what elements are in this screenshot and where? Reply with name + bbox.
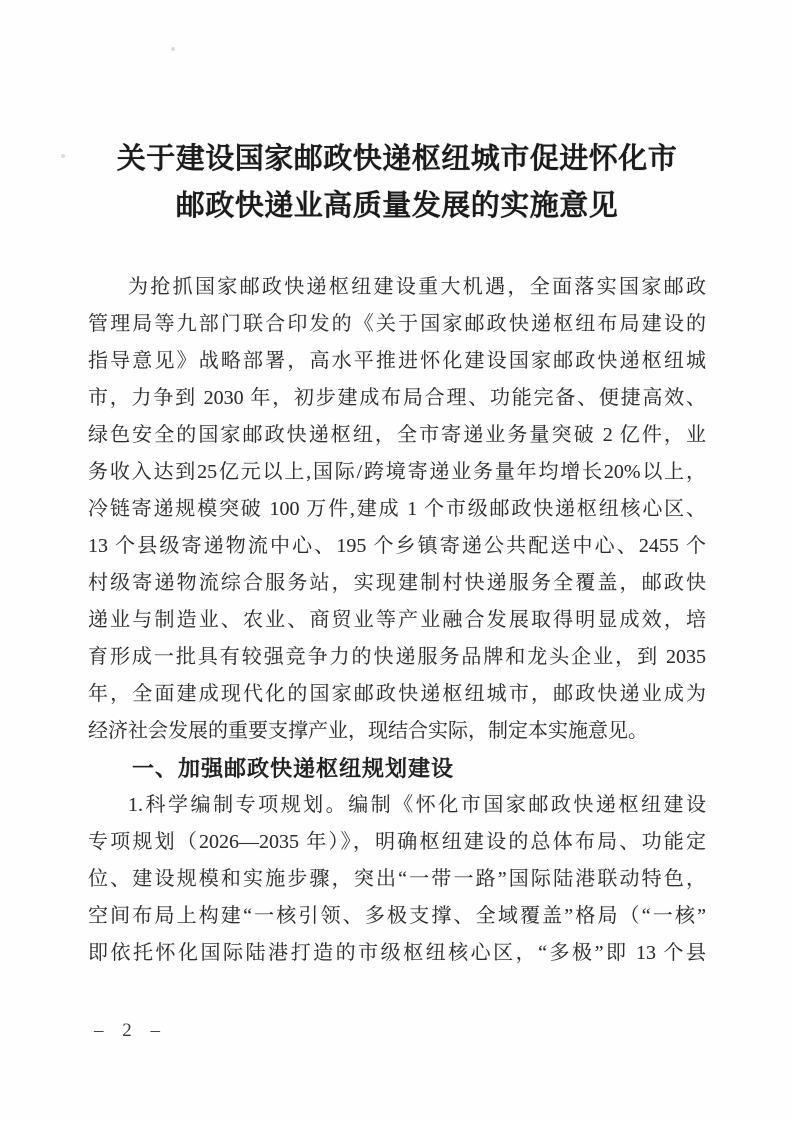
paragraph-line: 指导意见》战略部署，高水平推进怀化建设国家邮政快递枢纽城 (88, 343, 706, 380)
title-line-1: 关于建设国家邮政快递枢纽城市促进怀化市 (88, 136, 706, 183)
paragraph-line: 递业与制造业、农业、商贸业等产业融合发展取得明显成效，培 (88, 602, 706, 639)
document-body: 为抢抓国家邮政快递枢纽建设重大机遇，全面落实国家邮政 管理局等九部门联合印发的《… (88, 269, 706, 972)
paragraph-line: 市，力争到 2030 年，初步建成布局合理、功能完备、便捷高效、 (88, 380, 706, 417)
paragraph-line: 为抢抓国家邮政快递枢纽建设重大机遇，全面落实国家邮政 (88, 269, 706, 306)
scan-speck (61, 154, 65, 158)
scan-speck (171, 47, 175, 51)
paragraph-line: 冷链寄递规模突破 100 万件,建成 1 个市级邮政快递枢纽核心区、 (88, 491, 706, 528)
paragraph-line: 育形成一批具有较强竞争力的快递服务品牌和龙头企业，到 2035 (88, 639, 706, 676)
paragraph-line: 1.科学编制专项规划。编制《怀化市国家邮政快递枢纽建设 (88, 787, 706, 824)
paragraph-line: 绿色安全的国家邮政快递枢纽，全市寄递业务量突破 2 亿件，业 (88, 417, 706, 454)
paragraph-line: 年，全面建成现代化的国家邮政快递枢纽城市，邮政快递业成为 (88, 676, 706, 713)
paragraph-line: 务收入达到25亿元以上,国际/跨境寄递业务量年均增长20%以上， (88, 454, 706, 491)
document-title: 关于建设国家邮政快递枢纽城市促进怀化市 邮政快递业高质量发展的实施意见 (88, 136, 706, 230)
paragraph-line: 即依托怀化国际陆港打造的市级枢纽核心区，“多极”即 13 个县 (88, 935, 706, 972)
title-line-2: 邮政快递业高质量发展的实施意见 (88, 183, 706, 230)
paragraph-line: 空间布局上构建“一核引领、多极支撑、全域覆盖”格局（“一核” (88, 898, 706, 935)
paragraph-line: 专项规划（2026—2035 年）》，明确枢纽建设的总体布局、功能定 (88, 824, 706, 861)
paragraph-line: 管理局等九部门联合印发的《关于国家邮政快递枢纽布局建设的 (88, 306, 706, 343)
paragraph-line: 村级寄递物流综合服务站，实现建制村快递服务全覆盖，邮政快 (88, 565, 706, 602)
paragraph-line: 位、建设规模和实施步骤，突出“一带一路”国际陆港联动特色， (88, 861, 706, 898)
document-page: 关于建设国家邮政快递枢纽城市促进怀化市 邮政快递业高质量发展的实施意见 为抢抓国… (0, 0, 793, 1121)
section-heading: 一、加强邮政快递枢纽规划建设 (88, 750, 706, 787)
paragraph-line: 经济社会发展的重要支撑产业，现结合实际，制定本实施意见。 (88, 713, 706, 750)
paragraph-line: 13 个县级寄递物流中心、195 个乡镇寄递公共配送中心、2455 个 (88, 528, 706, 565)
page-number: – 2 – (94, 1020, 165, 1042)
